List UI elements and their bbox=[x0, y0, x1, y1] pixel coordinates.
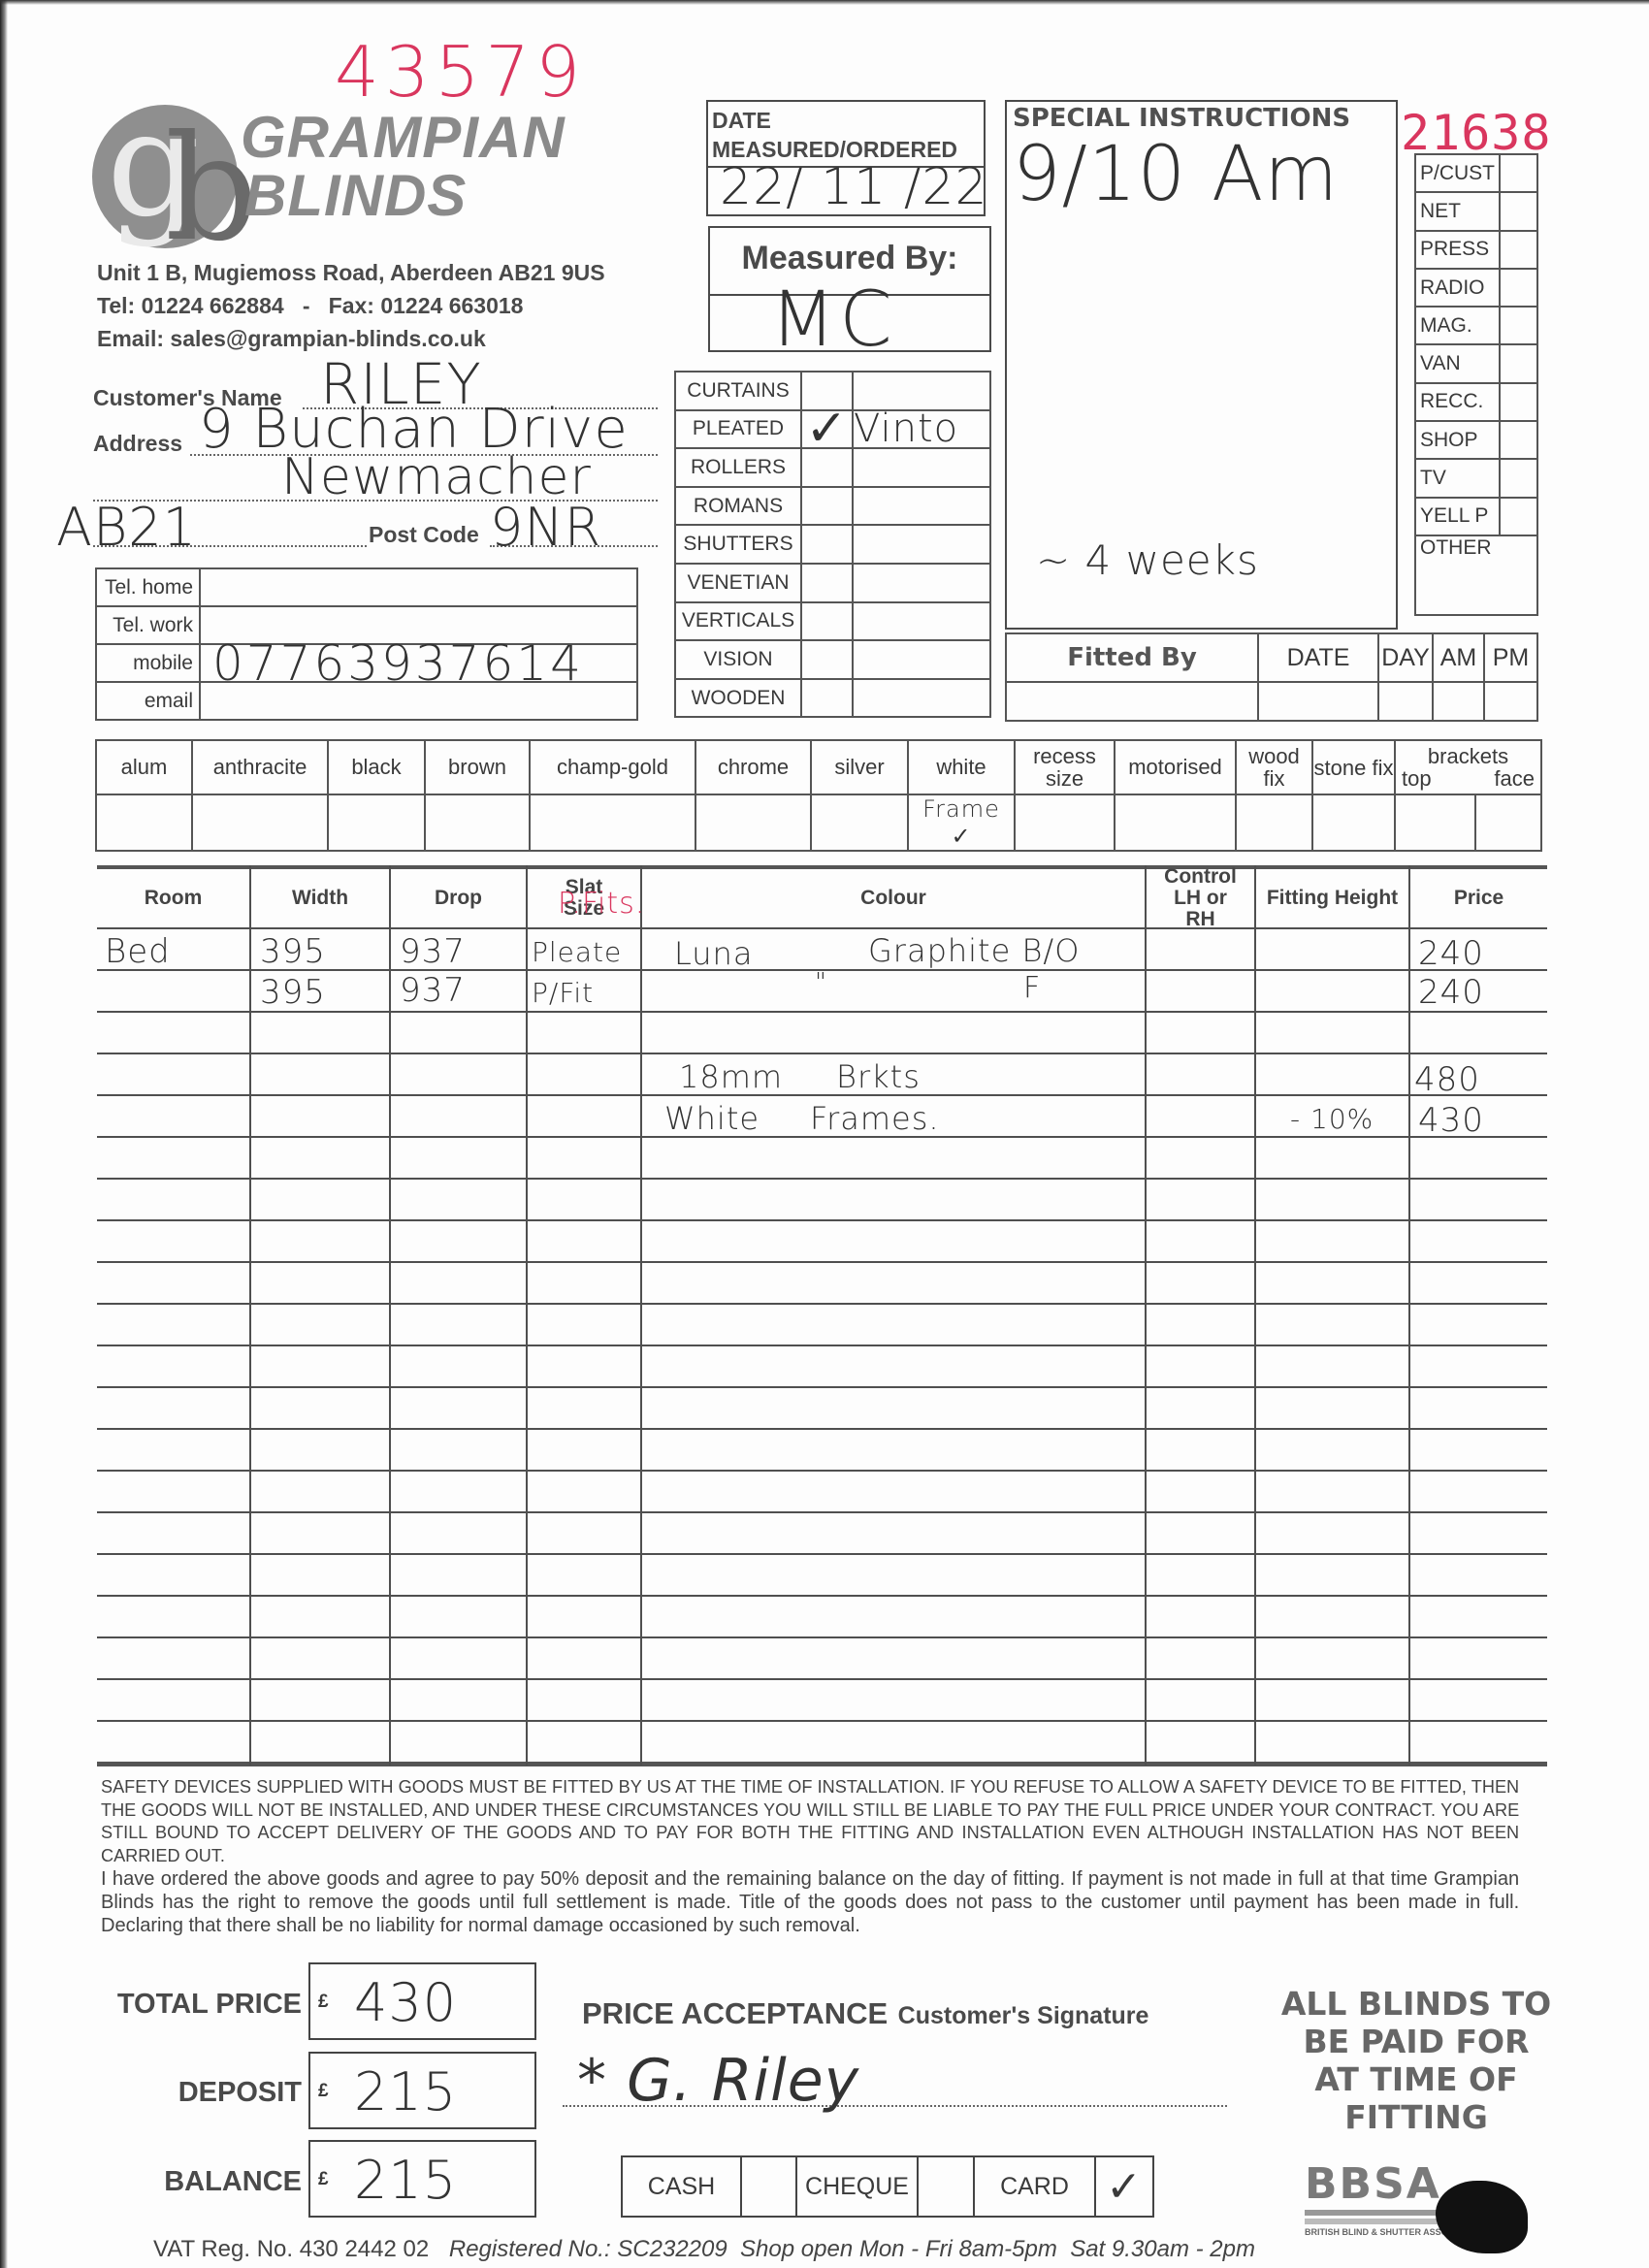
payment-card-label: CARD bbox=[974, 2156, 1095, 2217]
row-divider bbox=[97, 1595, 1547, 1597]
col-divider bbox=[249, 865, 251, 1766]
header-bottom-border bbox=[97, 927, 1547, 929]
balance-field[interactable]: 215 bbox=[354, 2150, 457, 2211]
ink-blot bbox=[1436, 2181, 1528, 2253]
option-anthracite: anthracite bbox=[192, 740, 328, 794]
row-divider bbox=[97, 1428, 1547, 1430]
contact-row-mobile: mobile 07763937614 bbox=[96, 644, 637, 682]
currency-symbol: £ bbox=[318, 2169, 329, 2190]
product-check[interactable] bbox=[801, 487, 853, 526]
fitted-date-field[interactable] bbox=[1258, 682, 1378, 721]
table-bottom-border bbox=[97, 1762, 1547, 1766]
fitted-date-label: DATE bbox=[1258, 633, 1378, 682]
payment-banner: ALL BLINDS TO BE PAID FOR AT TIME OF FIT… bbox=[1271, 1985, 1562, 2136]
source-label: RECC. bbox=[1415, 383, 1500, 421]
source-row: MAG. bbox=[1415, 307, 1537, 344]
row-divider bbox=[97, 1261, 1547, 1263]
safety-terms: SAFETY DEVICES SUPPLIED WITH GOODS MUST … bbox=[101, 1775, 1519, 1866]
row-divider bbox=[97, 1386, 1547, 1388]
contact-row-home: Tel. home bbox=[96, 568, 637, 606]
option-stone-fix: stone fix bbox=[1312, 740, 1395, 794]
special-instructions-line2[interactable]: ~ 4 weeks bbox=[1036, 536, 1259, 584]
date-label-line1: DATE bbox=[712, 108, 771, 134]
source-check[interactable] bbox=[1500, 383, 1537, 421]
source-row: SHOP bbox=[1415, 421, 1537, 459]
option-motorised-field[interactable] bbox=[1115, 794, 1236, 851]
source-label: TV bbox=[1415, 459, 1500, 497]
banner-line2: BE PAID FOR bbox=[1271, 2023, 1562, 2060]
product-check[interactable] bbox=[801, 525, 853, 564]
brackets-face-field[interactable] bbox=[1475, 794, 1541, 851]
row-divider bbox=[97, 1219, 1547, 1221]
option-silver: silver bbox=[811, 740, 908, 794]
source-label: MAG. bbox=[1415, 307, 1500, 344]
measured-by-label: Measured By: bbox=[710, 240, 989, 277]
row-divider bbox=[97, 1178, 1547, 1180]
cell-price[interactable]: 240 bbox=[1418, 937, 1484, 970]
product-check[interactable] bbox=[801, 679, 853, 718]
product-note[interactable] bbox=[853, 372, 990, 410]
brackets-label: brackets bbox=[1402, 745, 1535, 767]
product-label: PLEATED bbox=[675, 410, 801, 449]
company-email: Email: sales@grampian-blinds.co.uk bbox=[97, 326, 486, 352]
special-instructions-box: SPECIAL INSTRUCTIONS 9/10 Am ~ 4 weeks bbox=[1005, 100, 1398, 630]
cell-room[interactable]: Bed bbox=[105, 935, 171, 968]
footer: VAT Reg. No. 430 2442 02 Registered No.:… bbox=[153, 2236, 1255, 2263]
product-row: PLEATED✓Vinto bbox=[675, 410, 990, 449]
company-address: Unit 1 B, Mugiemoss Road, Aberdeen AB21 … bbox=[97, 260, 605, 286]
fitted-am-field[interactable] bbox=[1433, 682, 1484, 721]
cell-colour-a[interactable]: White bbox=[664, 1103, 760, 1134]
product-label: ROLLERS bbox=[675, 448, 801, 487]
row-divider bbox=[97, 1553, 1547, 1555]
row-divider bbox=[97, 1511, 1547, 1513]
product-row: ROMANS bbox=[675, 487, 990, 526]
row-divider bbox=[97, 1053, 1547, 1054]
product-label: SHUTTERS bbox=[675, 525, 801, 564]
source-label: YELL P bbox=[1415, 498, 1500, 535]
source-check[interactable] bbox=[1500, 269, 1537, 307]
option-champ-gold: champ-gold bbox=[530, 740, 695, 794]
product-row: VISION bbox=[675, 640, 990, 679]
product-note[interactable] bbox=[853, 564, 990, 602]
banner-line4: FITTING bbox=[1271, 2098, 1562, 2136]
finish-options-table: alum anthracite black brown champ-gold c… bbox=[95, 739, 1542, 852]
payment-cheque-label: CHEQUE bbox=[796, 2156, 918, 2217]
source-table: P/CUST NET PRESS RADIO MAG. VAN RECC. SH… bbox=[1414, 153, 1538, 616]
source-row: RADIO bbox=[1415, 269, 1537, 307]
address-field-line3[interactable]: AB21 bbox=[56, 497, 197, 558]
measured-by-field[interactable]: MC bbox=[770, 276, 896, 364]
cell-colour-a[interactable]: Luna bbox=[674, 938, 753, 969]
postcode-label: Post Code bbox=[369, 522, 479, 548]
row-divider bbox=[97, 1720, 1547, 1722]
product-check[interactable]: ✓ bbox=[801, 410, 853, 449]
source-check[interactable] bbox=[1500, 231, 1537, 269]
source-row: P/CUST bbox=[1415, 154, 1537, 192]
fitted-by-header: Fitted By DATE DAY AM PM bbox=[1006, 633, 1537, 682]
source-row: TV bbox=[1415, 459, 1537, 497]
product-note[interactable]: Vinto bbox=[853, 410, 990, 449]
cell-slat[interactable]: P/Fit bbox=[532, 980, 594, 1007]
col-divider bbox=[640, 865, 642, 1766]
header-price: Price bbox=[1410, 869, 1547, 927]
cell-width[interactable]: 395 bbox=[260, 976, 326, 1009]
banner-line1: ALL BLINDS TO bbox=[1271, 1985, 1562, 2023]
payment-method-table: CASH CHEQUE CARD ✓ bbox=[621, 2155, 1154, 2218]
source-check[interactable] bbox=[1500, 154, 1537, 192]
fitted-day-label: DAY bbox=[1378, 633, 1433, 682]
option-chrome: chrome bbox=[695, 740, 811, 794]
header-room: Room bbox=[97, 869, 249, 927]
order-table: Room Width Drop Slat Size P.Fits. Colour… bbox=[97, 865, 1547, 1766]
customer-signature-label: Customer's Signature bbox=[898, 2002, 1149, 2029]
agreement-terms: I have ordered the above goods and agree… bbox=[101, 1867, 1519, 1937]
cell-colour-b[interactable]: Graphite B/O bbox=[868, 935, 1080, 966]
option-motorised: motorised bbox=[1115, 740, 1236, 794]
product-row: SHUTTERS bbox=[675, 525, 990, 564]
header-colour: Colour bbox=[642, 869, 1145, 927]
cell-colour-a[interactable]: 18mm bbox=[679, 1061, 783, 1092]
source-row-other: OTHER bbox=[1415, 535, 1537, 615]
row-divider bbox=[97, 1303, 1547, 1305]
source-check[interactable] bbox=[1500, 459, 1537, 497]
header-drop: Drop bbox=[391, 869, 526, 927]
currency-symbol: £ bbox=[318, 1992, 329, 2013]
product-note[interactable] bbox=[853, 602, 990, 641]
tel-work-label: Tel. work bbox=[96, 606, 200, 644]
option-stone-fix-field[interactable] bbox=[1312, 794, 1395, 851]
special-instructions-title: SPECIAL INSTRUCTIONS bbox=[1013, 104, 1350, 133]
source-check[interactable] bbox=[1500, 192, 1537, 230]
payment-cheque-checkbox[interactable] bbox=[918, 2156, 974, 2217]
product-check[interactable] bbox=[801, 640, 853, 679]
option-wood-fix: wood fix bbox=[1236, 740, 1312, 794]
product-row: VERTICALS bbox=[675, 602, 990, 641]
source-check[interactable] bbox=[1500, 498, 1537, 535]
source-check[interactable] bbox=[1500, 307, 1537, 344]
source-label: PRESS bbox=[1415, 231, 1500, 269]
option-brackets: brackets top face bbox=[1395, 740, 1541, 794]
brackets-top-field[interactable] bbox=[1395, 794, 1475, 851]
product-label: ROMANS bbox=[675, 487, 801, 526]
total-price-field[interactable]: 430 bbox=[354, 1972, 457, 2033]
finish-options-values: Frame ✓ bbox=[96, 794, 1541, 851]
product-note[interactable] bbox=[853, 525, 990, 564]
option-black: black bbox=[328, 740, 425, 794]
option-brown: brown bbox=[425, 740, 530, 794]
header-fitting-height: Fitting Height bbox=[1256, 869, 1408, 927]
source-label: NET bbox=[1415, 192, 1500, 230]
product-label: CURTAINS bbox=[675, 372, 801, 410]
fitted-by-table: Fitted By DATE DAY AM PM bbox=[1005, 632, 1538, 722]
source-other-label[interactable]: OTHER bbox=[1415, 535, 1537, 615]
row-divider bbox=[97, 1470, 1547, 1472]
mobile-field[interactable]: 07763937614 bbox=[200, 644, 637, 682]
product-note[interactable] bbox=[853, 487, 990, 526]
option-white: white bbox=[908, 740, 1015, 794]
col-divider bbox=[526, 865, 528, 1766]
option-champ-gold-field[interactable] bbox=[530, 794, 695, 851]
product-label: VENETIAN bbox=[675, 564, 801, 602]
option-anthracite-field[interactable] bbox=[192, 794, 328, 851]
option-chrome-field[interactable] bbox=[695, 794, 811, 851]
measured-by-box: Measured By: MC bbox=[708, 226, 991, 352]
cell-colour-b[interactable]: Brkts bbox=[836, 1061, 921, 1092]
header-width: Width bbox=[251, 869, 389, 927]
product-check[interactable] bbox=[801, 564, 853, 602]
total-price-label: TOTAL PRICE bbox=[93, 1989, 302, 2021]
deposit-box: £ 215 bbox=[308, 2052, 536, 2129]
product-note[interactable] bbox=[853, 679, 990, 718]
option-black-field[interactable] bbox=[328, 794, 425, 851]
scan-edge-top bbox=[0, 0, 1649, 5]
fitted-by-field[interactable] bbox=[1006, 682, 1258, 721]
payment-cash-label: CASH bbox=[622, 2156, 741, 2217]
brackets-face-label: face bbox=[1494, 767, 1535, 790]
cell-colour-b[interactable]: Frames. bbox=[810, 1103, 940, 1134]
source-label: VAN bbox=[1415, 344, 1500, 382]
product-type-table: CURTAINS PLEATED✓Vinto ROLLERS ROMANS SH… bbox=[674, 371, 991, 718]
source-row: PRESS bbox=[1415, 231, 1537, 269]
email-label: email bbox=[96, 682, 200, 720]
footer-registered: Registered No.: SC232209 Shop open Mon -… bbox=[449, 2236, 1255, 2262]
option-recess-size-field[interactable] bbox=[1015, 794, 1115, 851]
option-silver-field[interactable] bbox=[811, 794, 908, 851]
brackets-sublabels: top face bbox=[1402, 767, 1535, 790]
bbsa-logo: BBSA BRITISH BLIND & SHUTTER ASSOCIATION bbox=[1305, 2163, 1528, 2241]
handwritten-order-number: 43579 bbox=[335, 31, 586, 113]
product-note[interactable] bbox=[853, 640, 990, 679]
fitted-am-label: AM bbox=[1433, 633, 1484, 682]
product-label: WOODEN bbox=[675, 679, 801, 718]
postcode-field[interactable]: 9NR bbox=[490, 497, 601, 558]
company-name-line1: GRAMPIAN bbox=[241, 109, 566, 167]
option-alum: alum bbox=[96, 740, 192, 794]
source-label: RADIO bbox=[1415, 269, 1500, 307]
col-divider bbox=[1254, 865, 1256, 1766]
cell-drop[interactable]: 937 bbox=[400, 935, 466, 968]
row-divider bbox=[97, 1636, 1547, 1638]
option-recess-size: recess size bbox=[1015, 740, 1115, 794]
scan-edge bbox=[0, 0, 8, 2268]
cell-fitting-height[interactable]: - 10% bbox=[1290, 1106, 1374, 1133]
source-label: P/CUST bbox=[1415, 154, 1500, 192]
total-price-box: £ 430 bbox=[308, 1962, 536, 2040]
cell-colour-a[interactable]: " bbox=[815, 970, 827, 995]
payment-cash-checkbox[interactable] bbox=[741, 2156, 796, 2217]
tel-home-label: Tel. home bbox=[96, 568, 200, 606]
price-acceptance-heading: PRICE ACCEPTANCE Customer's Signature bbox=[582, 1996, 1148, 2031]
contact-table: Tel. home Tel. work mobile 07763937614 e… bbox=[95, 567, 638, 721]
source-label: SHOP bbox=[1415, 421, 1500, 459]
cell-colour-b[interactable]: F bbox=[1023, 974, 1041, 1003]
slat-annotation: P.Fits. bbox=[558, 887, 645, 921]
cell-price[interactable]: 430 bbox=[1418, 1104, 1484, 1137]
source-row: NET bbox=[1415, 192, 1537, 230]
header-control: Control LH or RH bbox=[1147, 869, 1254, 927]
cell-price[interactable]: 480 bbox=[1414, 1063, 1480, 1096]
deposit-label: DEPOSIT bbox=[93, 2077, 302, 2109]
fitted-pm-label: PM bbox=[1484, 633, 1537, 682]
date-field[interactable]: 22/ 11 /22 bbox=[720, 158, 988, 216]
source-check[interactable] bbox=[1500, 421, 1537, 459]
col-divider bbox=[1145, 865, 1147, 1766]
product-label: VISION bbox=[675, 640, 801, 679]
option-white-field[interactable]: Frame ✓ bbox=[908, 794, 1015, 851]
balance-label: BALANCE bbox=[93, 2166, 302, 2198]
product-label: VERTICALS bbox=[675, 602, 801, 641]
source-row: VAN bbox=[1415, 344, 1537, 382]
cell-slat[interactable]: Pleate bbox=[532, 939, 622, 966]
tel-home-field[interactable] bbox=[200, 568, 637, 606]
source-check[interactable] bbox=[1500, 344, 1537, 382]
option-brown-field[interactable] bbox=[425, 794, 530, 851]
footer-vat: VAT Reg. No. 430 2442 02 bbox=[153, 2236, 429, 2262]
fitted-by-label: Fitted By bbox=[1006, 633, 1258, 682]
row-divider bbox=[97, 1678, 1547, 1680]
currency-symbol: £ bbox=[318, 2081, 329, 2102]
payment-methods-row: CASH CHEQUE CARD ✓ bbox=[622, 2156, 1153, 2217]
row-divider bbox=[97, 1345, 1547, 1346]
brackets-top-label: top bbox=[1402, 767, 1432, 790]
company-name-line2: BLINDS bbox=[244, 167, 467, 225]
option-wood-fix-field[interactable] bbox=[1236, 794, 1312, 851]
col-divider bbox=[1408, 865, 1410, 1766]
option-alum-field[interactable] bbox=[96, 794, 192, 851]
customer-signature-field[interactable]: * G. Riley bbox=[577, 2047, 859, 2115]
product-check[interactable] bbox=[801, 602, 853, 641]
fitted-by-values bbox=[1006, 682, 1537, 721]
address-label: Address bbox=[93, 431, 182, 457]
payment-card-checkbox[interactable]: ✓ bbox=[1095, 2156, 1153, 2217]
company-tel-fax: Tel: 01224 662884 - Fax: 01224 663018 bbox=[97, 293, 523, 319]
col-divider bbox=[389, 865, 391, 1766]
mobile-label: mobile bbox=[96, 644, 200, 682]
finish-options-header: alum anthracite black brown champ-gold c… bbox=[96, 740, 1541, 794]
special-instructions-line1[interactable]: 9/10 Am bbox=[1013, 131, 1339, 218]
date-measured-box: DATE MEASURED/ORDERED 22/ 11 /22 bbox=[706, 100, 986, 216]
deposit-field[interactable]: 215 bbox=[354, 2061, 457, 2122]
fitted-day-field[interactable] bbox=[1378, 682, 1433, 721]
cell-price[interactable]: 240 bbox=[1418, 976, 1484, 1009]
cell-width[interactable]: 395 bbox=[260, 935, 326, 968]
row-divider bbox=[97, 1094, 1547, 1096]
product-row: VENETIAN bbox=[675, 564, 990, 602]
product-row: WOODEN bbox=[675, 679, 990, 718]
fitted-pm-field[interactable] bbox=[1484, 682, 1537, 721]
cell-drop[interactable]: 937 bbox=[400, 974, 466, 1007]
balance-box: £ 215 bbox=[308, 2140, 536, 2218]
banner-line3: AT TIME OF bbox=[1271, 2060, 1562, 2098]
source-row: RECC. bbox=[1415, 383, 1537, 421]
price-acceptance-title: PRICE ACCEPTANCE bbox=[582, 1996, 888, 2030]
product-note[interactable] bbox=[853, 448, 990, 487]
source-row: YELL P bbox=[1415, 498, 1537, 535]
